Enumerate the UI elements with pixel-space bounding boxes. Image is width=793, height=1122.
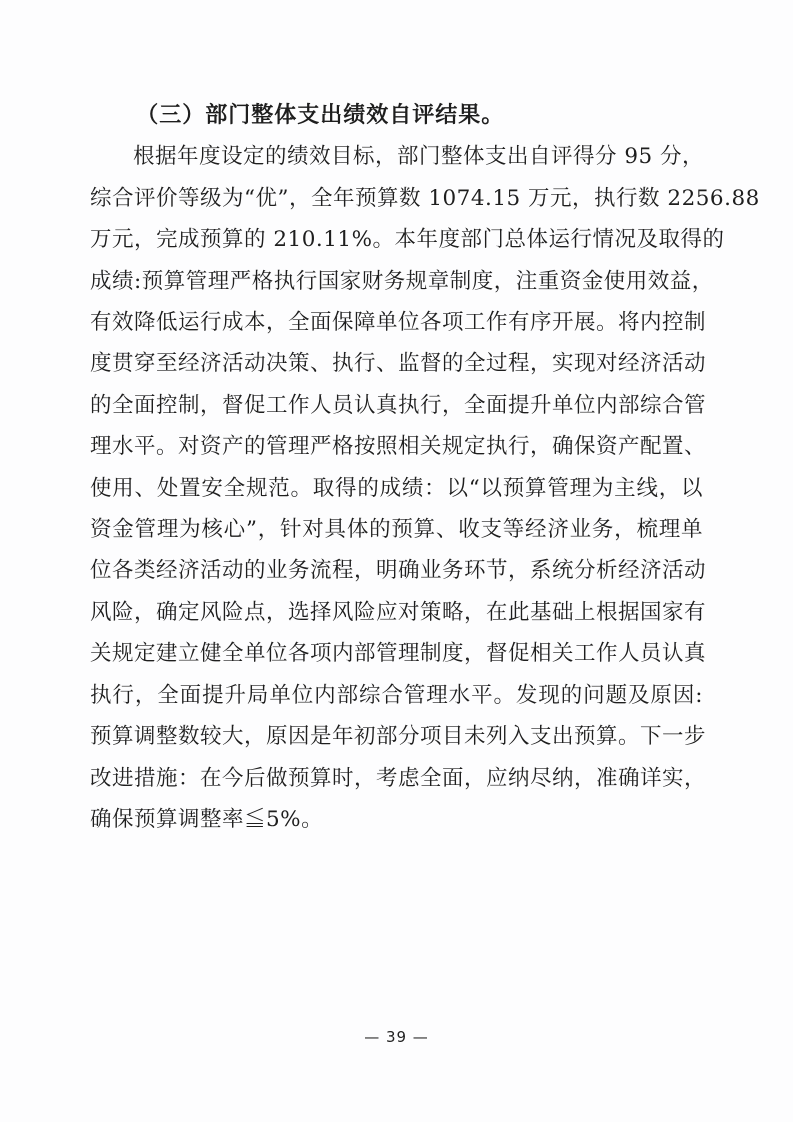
text-line: 执行，全面提升局单位内部综合管理水平。发现的问题及原因: <box>90 675 703 716</box>
document-page: （三）部门整体支出绩效自评结果。 根据年度设定的绩效目标，部门整体支出自评得分 … <box>0 0 793 1122</box>
text-line: 综合评价等级为“优”，全年预算数 1074.15 万元，执行数 2256.88 <box>90 178 703 219</box>
text-line: 风险，确定风险点，选择风险应对策略，在此基础上根据国家有 <box>90 592 703 633</box>
text-line: 万元，完成预算的 210.11%。本年度部门总体运行情况及取得的 <box>90 219 703 260</box>
text-line: 确保预算调整率≦5%。 <box>90 799 703 840</box>
text-line: 的全面控制，督促工作人员认真执行，全面提升单位内部综合管 <box>90 385 703 426</box>
text-line: 根据年度设定的绩效目标，部门整体支出自评得分 95 分， <box>90 136 703 177</box>
text-line: 资金管理为核心”，针对具体的预算、收支等经济业务，梳理单 <box>90 509 703 550</box>
text-line: 成绩:预算管理严格执行国家财务规章制度，注重资金使用效益， <box>90 261 703 302</box>
document-body: （三）部门整体支出绩效自评结果。 根据年度设定的绩效目标，部门整体支出自评得分 … <box>90 95 703 840</box>
page-number: — 39 — <box>0 1028 793 1046</box>
section-heading: （三）部门整体支出绩效自评结果。 <box>90 95 703 136</box>
body-paragraph: 根据年度设定的绩效目标，部门整体支出自评得分 95 分，综合评价等级为“优”，全… <box>90 136 703 840</box>
text-line: 使用、处置安全规范。取得的成绩：以“以预算管理为主线，以 <box>90 468 703 509</box>
text-line: 改进措施：在今后做预算时，考虑全面，应纳尽纳，准确详实， <box>90 758 703 799</box>
text-line: 有效降低运行成本，全面保障单位各项工作有序开展。将内控制 <box>90 302 703 343</box>
text-line: 位各类经济活动的业务流程，明确业务环节，系统分析经济活动 <box>90 550 703 591</box>
text-line: 度贯穿至经济活动决策、执行、监督的全过程，实现对经济活动 <box>90 343 703 384</box>
text-line: 预算调整数较大，原因是年初部分项目未列入支出预算。下一步 <box>90 716 703 757</box>
text-line: 理水平。对资产的管理严格按照相关规定执行，确保资产配置、 <box>90 426 703 467</box>
text-line: 关规定建立健全单位各项内部管理制度，督促相关工作人员认真 <box>90 633 703 674</box>
